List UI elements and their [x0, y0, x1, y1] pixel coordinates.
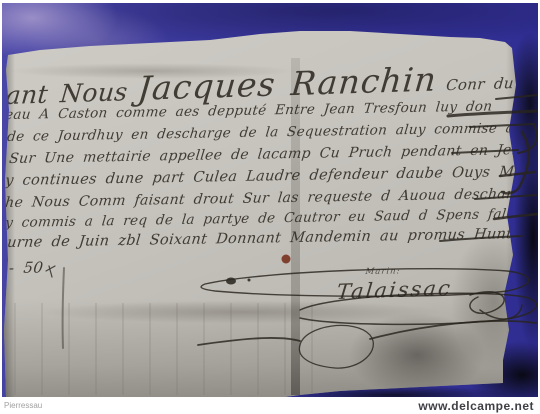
filler-stroke-line1 — [496, 95, 538, 99]
ink-dot — [248, 279, 251, 282]
filler-stroke-line6 — [475, 195, 536, 199]
vertical-crease-line — [63, 268, 64, 348]
flourish-lower-circle — [299, 325, 373, 368]
photo-frame: ant Nous Jacques Ranchin Conr du Roy en … — [0, 0, 540, 414]
wax-seal-spot — [282, 255, 291, 264]
manuscript-photo: ant Nous Jacques Ranchin Conr du Roy en … — [2, 3, 538, 397]
right-margin-brace — [502, 132, 529, 193]
filler-stroke-line5 — [500, 172, 535, 176]
seller-credit: Pierressau — [0, 401, 42, 410]
filler-stroke-line2 — [448, 111, 537, 116]
filler-stroke-line7 — [494, 214, 538, 219]
margin-scribble — [46, 266, 55, 277]
ink-flourishes — [2, 3, 538, 397]
filler-stroke-line4 — [452, 150, 518, 153]
caption-strip: Pierressau www.delcampe.net — [0, 397, 540, 414]
filler-stroke-line8 — [440, 236, 522, 241]
delcampe-watermark: www.delcampe.net — [418, 399, 540, 413]
ink-blot — [226, 278, 236, 285]
